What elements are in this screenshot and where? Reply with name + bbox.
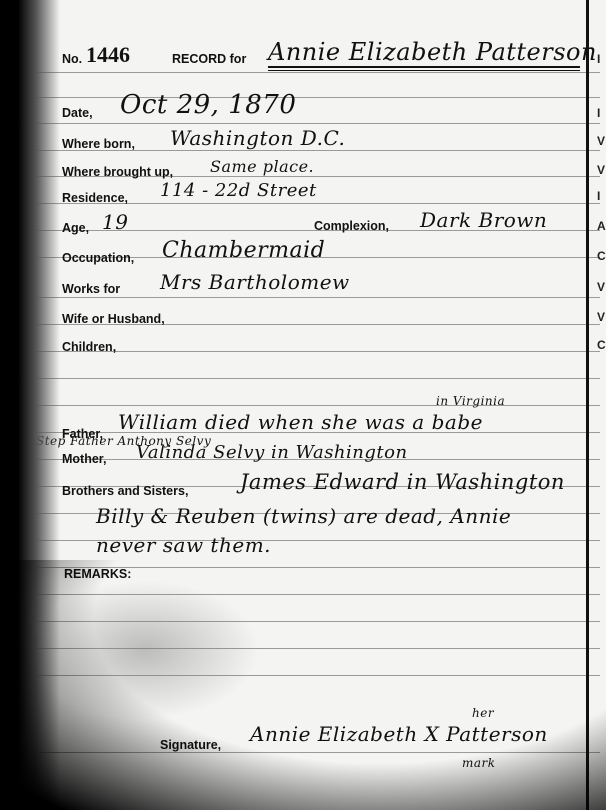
residence-label: Residence, xyxy=(62,191,128,205)
brothers-sisters-line-1: James Edward in Washington xyxy=(240,470,565,494)
occupation-value: Chambermaid xyxy=(162,238,325,263)
record-name: Annie Elizabeth Patterson xyxy=(268,38,597,66)
complexion-value: Dark Brown xyxy=(420,208,547,232)
father-value: William died when she was a babe xyxy=(118,410,483,434)
wife-or-husband-label: Wife or Husband, xyxy=(62,312,165,326)
father-note: in Virginia xyxy=(436,394,505,408)
margin-letter: I xyxy=(597,106,600,120)
works-for-label: Works for xyxy=(62,282,120,296)
brothers-sisters-label: Brothers and Sisters, xyxy=(62,484,188,498)
where-brought-up-label: Where brought up, xyxy=(62,165,173,179)
ruled-line xyxy=(0,97,600,98)
residence-value: 114 - 22d Street xyxy=(160,180,317,201)
margin-letter: V xyxy=(597,163,605,177)
record-for-label: RECORD for xyxy=(172,52,246,66)
where-born-value: Washington D.C. xyxy=(170,126,345,150)
scan-shadow-bottom xyxy=(0,560,606,810)
age-label: Age, xyxy=(62,221,89,235)
record-number: 1446 xyxy=(86,42,130,68)
brothers-sisters-line-3: never saw them. xyxy=(96,533,271,557)
where-brought-up-value: Same place. xyxy=(210,157,314,176)
age-value: 19 xyxy=(102,210,128,234)
where-born-label: Where born, xyxy=(62,137,135,151)
margin-letter: A xyxy=(597,219,606,233)
mother-value: Valinda Selvy in Washington xyxy=(136,442,408,463)
ruled-line xyxy=(0,540,600,541)
complexion-label: Complexion, xyxy=(314,219,389,233)
record-page: No. 1446 RECORD for Annie Elizabeth Patt… xyxy=(0,0,606,810)
ruled-line xyxy=(0,378,600,379)
children-label: Children, xyxy=(62,340,116,354)
margin-letter: V xyxy=(597,134,605,148)
margin-letter: I xyxy=(597,52,600,66)
ruled-line xyxy=(0,405,600,406)
ruled-line xyxy=(0,123,600,124)
margin-letter: C xyxy=(597,249,606,263)
ruled-line xyxy=(0,72,600,73)
date-label: Date, xyxy=(62,106,93,120)
occupation-label: Occupation, xyxy=(62,251,134,265)
margin-letter: I xyxy=(597,189,600,203)
date-value: Oct 29, 1870 xyxy=(120,90,296,120)
record-no-label: No. xyxy=(62,52,82,66)
margin-letter: C xyxy=(597,338,606,352)
margin-letter: V xyxy=(597,280,605,294)
mother-label: Mother, xyxy=(62,452,106,466)
ruled-line xyxy=(0,297,600,298)
brothers-sisters-line-2: Billy & Reuben (twins) are dead, Annie xyxy=(96,504,511,528)
name-underline xyxy=(268,66,580,68)
works-for-value: Mrs Bartholomew xyxy=(160,270,350,294)
name-underline xyxy=(268,70,580,71)
margin-letter: V xyxy=(597,310,605,324)
